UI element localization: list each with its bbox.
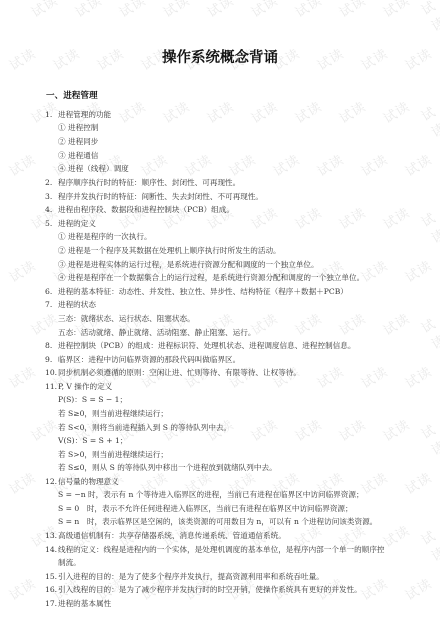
document-line: 14.线程的定义：线程是进程内的一个实体，是处理机调度的基本单位，是程序内部一个… [45,545,385,555]
document-line: ① 进程是程序的一次执行。 [58,232,152,242]
document-line: 12.信号量的物理意义 [45,477,119,487]
document-line: 16.引入线程的目的：是为了减少程序并发执行时的时空开销，使操作系统具有更好的并… [45,585,362,595]
document-line: ③ 进程通信 [58,151,98,161]
line-text: ③ 进程通信 [58,151,98,160]
document-line: 若 S>0，则当前进程继续运行； [58,450,168,460]
line-text: 线程的定义：线程是进程内的一个实体，是处理机调度的基本单位，是程序内部一个单一的… [58,545,385,554]
line-text: ① 进程控制 [58,123,98,132]
line-text: S = −n 时，表示有 n 个等待进入临界区的进程，当前已有进程在临界区中访问… [58,490,364,499]
document-line: 6.进程的基本特征：动态性、并发性、独立性、异步性、结构特征（程序＋数据＋PCB… [45,287,348,297]
line-number: 9. [45,355,58,365]
document-line: 4.进程由程序段、数据段和进程控制块（PCB）组成。 [45,205,234,215]
line-text: ① 进程是程序的一次执行。 [58,232,152,241]
document-line: 3.程序并发执行时的特征：间断性、失去封闭性、不可再现性。 [45,192,263,202]
document-line: 10.同步机制必须遵循的原则：空闲让进、忙则等待、有限等待、让权等待。 [45,368,301,378]
document-line: S = n 时，表示临界区是空闲的，该类资源的可用数目为 n，可以有 n 个进程… [58,517,377,527]
document-line: 三态：就绪状态、运行状态、阻塞状态。 [58,314,195,324]
document-line: 若 S<0，则将当前进程插入到 S 的等待队列中去。 [58,423,231,433]
line-text: ③ 进程是进程实体的运行过程，是系统进行资源分配和调度的一个独立单位。 [58,260,319,269]
document-line: 7.进程的状态 [45,300,96,310]
line-text: 程序并发执行时的特征：间断性、失去封闭性、不可再现性。 [58,192,263,201]
line-text: ④ 进程是程序在一个数据集合上的运行过程，是系统进行资源分配和调度的一个独立单位… [58,273,364,282]
line-text: ② 进程是一个程序及其数据在处理机上顺序执行时所发生的活动。 [58,246,281,255]
line-text: S = n 时，表示临界区是空闲的，该类资源的可用数目为 n，可以有 n 个进程… [58,517,377,526]
document-line: 11.P, V 操作的定义 [45,382,112,392]
document-line: ④ 进程（线程）调度 [58,164,129,174]
line-number: 4. [45,205,58,215]
line-number: 1. [45,110,58,120]
line-text: 高级通信机制有：共享存储器系统、消息传递系统、管道通信系统。 [58,531,286,540]
line-text: 进程管理的功能 [58,110,111,119]
line-text: 三态：就绪状态、运行状态、阻塞状态。 [58,314,195,323]
line-text: 五态：活动就绪、静止就绪、活动阻塞、静止阻塞、运行。 [58,328,255,337]
line-text: 若 S<0，则将当前进程插入到 S 的等待队列中去。 [58,423,231,432]
line-text: 若 S≤0，则从 S 的等待队列中移出一个进程放到就绪队列中去。 [58,463,277,472]
line-text: 进程的基本特征：动态性、并发性、独立性、异步性、结构特征（程序＋数据＋PCB） [58,287,348,296]
document-title: 操作系统概念背诵 [0,46,440,67]
document-line: 1.进程管理的功能 [45,110,111,120]
line-text: P, V 操作的定义 [58,382,112,391]
line-text: 若 S>0，则当前进程继续运行； [58,450,168,459]
document-line: S = 0 时，表示不允许任何进程进入临界区，当前已有进程在临界区中访问临界资源… [58,504,353,514]
line-text: 引入线程的目的：是为了减少程序并发执行时的时空开销，使操作系统具有更好的并发性。 [58,585,362,594]
document-line: ① 进程控制 [58,123,98,133]
line-text: 若 S≥0，则当前进程继续运行； [58,409,168,418]
document-line: 2.程序顺序执行时的特征：顺序性、封闭性、可再现性。 [45,178,240,188]
line-number: 17. [45,599,58,609]
line-number: 3. [45,192,58,202]
line-number: 14. [45,545,58,555]
line-number: 13. [45,531,58,541]
line-text: 进程的定义 [58,219,96,228]
line-text: 同步机制必须遵循的原则：空闲让进、忙则等待、有限等待、让权等待。 [58,368,301,377]
line-text: V(S)：S = S + 1； [58,436,127,445]
line-number: 10. [45,368,58,378]
document-line: 15.引入进程的目的：是为了使多个程序并发执行，提高资源利用率和系统吞吐量。 [45,572,324,582]
document-line: 8.进程控制块（PCB）的组成：进程标识符、处理机状态、进程调度信息、进程控制信… [45,341,355,351]
line-text: 进程由程序段、数据段和进程控制块（PCB）组成。 [58,205,234,214]
document-line: 5.进程的定义 [45,219,96,229]
document-line: P(S)：S = S − 1； [58,395,127,405]
document-line: 若 S≤0，则从 S 的等待队列中移出一个进程放到就绪队列中去。 [58,463,277,473]
line-number: 11. [45,382,58,392]
document-line: ③ 进程是进程实体的运行过程，是系统进行资源分配和调度的一个独立单位。 [58,260,319,270]
line-text: 程序顺序执行时的特征：顺序性、封闭性、可再现性。 [58,178,240,187]
line-number: 16. [45,585,58,595]
line-text: 进程的状态 [58,300,96,309]
line-number: 6. [45,287,58,297]
line-number: 12. [45,477,58,487]
document-line: ② 进程是一个程序及其数据在处理机上顺序执行时所发生的活动。 [58,246,281,256]
line-number: 7. [45,300,58,310]
document-line: 17.进程的基本属性 [45,599,111,609]
line-text: 进程控制块（PCB）的组成：进程标识符、处理机状态、进程调度信息、进程控制信息。 [58,341,355,350]
line-text: P(S)：S = S − 1； [58,395,127,404]
line-number: 5. [45,219,58,229]
line-text: ② 进程同步 [58,137,98,146]
document-line: ④ 进程是程序在一个数据集合上的运行过程，是系统进行资源分配和调度的一个独立单位… [58,273,364,283]
document-line: S = −n 时，表示有 n 个等待进入临界区的进程，当前已有进程在临界区中访问… [58,490,364,500]
line-text: 引入进程的目的：是为了使多个程序并发执行，提高资源利用率和系统吞吐量。 [58,572,324,581]
line-text: 信号量的物理意义 [58,477,119,486]
document-line: 13.高级通信机制有：共享存储器系统、消息传递系统、管道通信系统。 [45,531,286,541]
document-line: 制流。 [58,558,81,568]
document-line: 五态：活动就绪、静止就绪、活动阻塞、静止阻塞、运行。 [58,328,255,338]
line-text: ④ 进程（线程）调度 [58,164,129,173]
line-number: 2. [45,178,58,188]
line-number: 8. [45,341,58,351]
document-page: 操作系统概念背诵 一、进程管理 1.进程管理的功能① 进程控制② 进程同步③ 进… [0,0,440,620]
section-heading: 一、进程管理 [46,89,98,101]
line-text: 临界区：进程中访问临界资源的那段代码叫做临界区。 [58,355,240,364]
line-text: 进程的基本属性 [58,599,111,608]
line-number: 15. [45,572,58,582]
document-line: 9.临界区：进程中访问临界资源的那段代码叫做临界区。 [45,355,240,365]
document-line: V(S)：S = S + 1； [58,436,127,446]
line-text: 制流。 [58,558,81,567]
document-line: 若 S≥0，则当前进程继续运行； [58,409,168,419]
line-text: S = 0 时，表示不允许任何进程进入临界区，当前已有进程在临界区中访问临界资源… [58,504,353,513]
document-line: ② 进程同步 [58,137,98,147]
